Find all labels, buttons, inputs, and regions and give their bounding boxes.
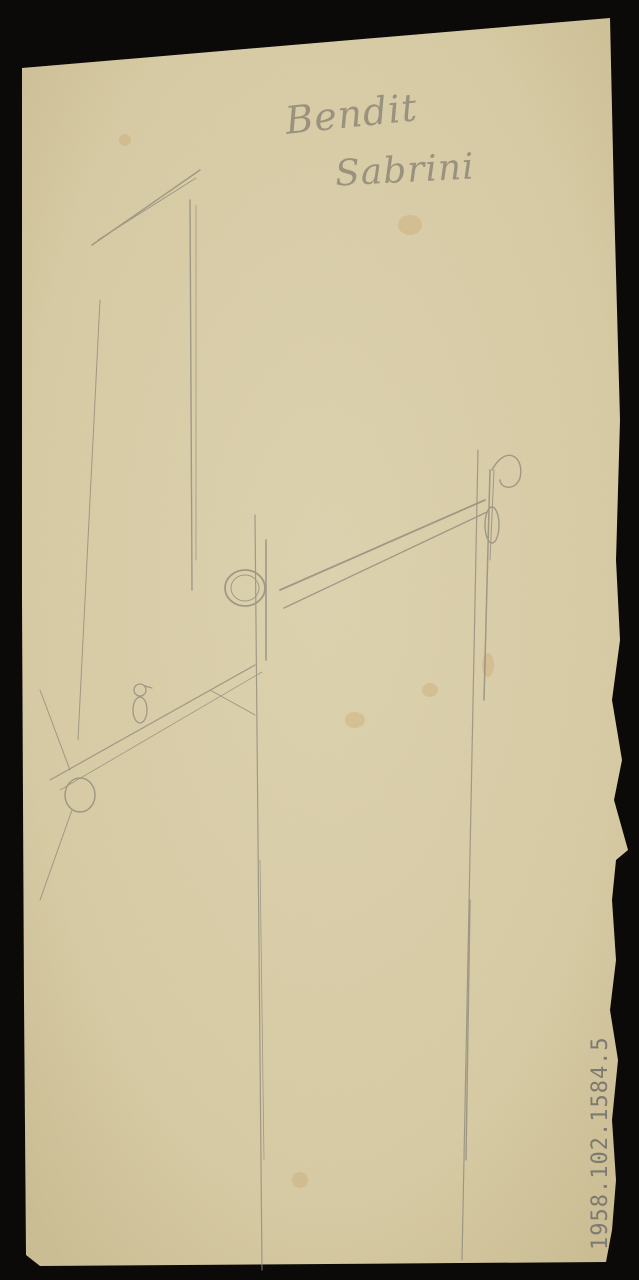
paper-sheet	[0, 0, 639, 1280]
scanned-artwork: Bendit Sabrini 1958.102.1584.5	[0, 0, 639, 1280]
catalog-number: 1958.102.1584.5	[588, 1036, 613, 1250]
handwritten-inscription-line-2: Sabrini	[334, 146, 476, 194]
